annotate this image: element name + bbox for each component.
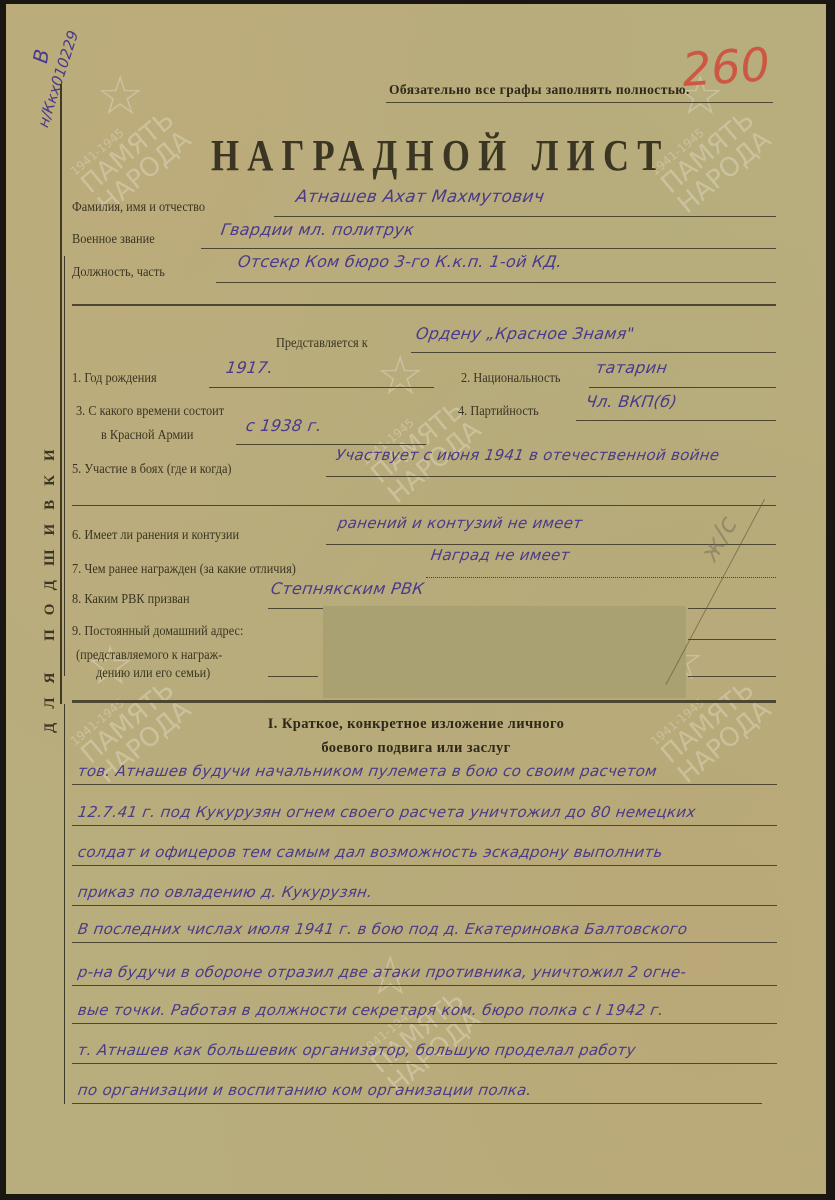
section-divider: [72, 304, 776, 306]
nationality-label: 2. Национальность: [461, 371, 561, 387]
redacted-address-block: [323, 606, 686, 698]
side-label: ДЛЯ ПОДШИВКИ: [42, 304, 64, 864]
watermark: 1941-1945ПАМЯТЬНАРОДА: [358, 976, 486, 1098]
nationality-value: татарин: [595, 358, 669, 377]
page-title: НАГРАДНОЙ ЛИСТ: [211, 130, 669, 181]
battles-underline: [326, 476, 776, 477]
party-label: 4. Партийность: [458, 404, 539, 420]
battles-label: 5. Участие в боях (где и когда): [72, 462, 232, 478]
address-underline-2: [268, 676, 318, 677]
rank-underline: [201, 248, 776, 249]
narrative-line: р-на будучи в обороне отразил две атаки …: [77, 963, 688, 981]
nationality-underline: [589, 387, 776, 388]
party-value: Чл. ВКП(б): [585, 392, 679, 411]
address-underline: [688, 639, 776, 640]
rank-value: Гвардии мл. политрук: [220, 220, 416, 239]
wounds-label: 6. Имеет ли ранения и контузии: [72, 528, 239, 544]
army-since-underline: [236, 444, 426, 445]
birth-year-label: 1. Год рождения: [72, 371, 157, 387]
narrative-underline: [72, 1063, 777, 1064]
narrative-underline: [72, 942, 777, 943]
narrative-line: по организации и воспитанию ком организа…: [77, 1081, 533, 1099]
narrative-line: вые точки. Работая в должности секретаря…: [77, 1001, 665, 1019]
position-value: Отсекр Ком бюро 3-го К.к.п. 1-ой КД.: [237, 252, 564, 271]
rank-label: Военное звание: [72, 232, 155, 248]
page-number-stamp: 260: [680, 37, 771, 97]
award-sheet: ☆ 1941-1945ПАМЯТЬНАРОДА ☆ 1941-1945ПАМЯТ…: [6, 4, 826, 1194]
full-name-value: Атнашев Ахат Махмутович: [295, 187, 546, 207]
section-divider-double: [72, 700, 776, 703]
narrative-underline: [72, 784, 777, 785]
wounds-value: ранений и контузий не имеет: [337, 514, 584, 532]
address-label: 9. Постоянный домашний адрес:: [72, 624, 243, 640]
prior-awards-value: Наград не имеет: [430, 546, 571, 564]
narrative-line: солдат и офицеров тем самым дал возможно…: [77, 843, 664, 861]
binding-margin-line: [64, 256, 65, 676]
full-name-underline: [274, 216, 776, 217]
position-underline: [216, 282, 776, 283]
battles-underline-2: [72, 505, 776, 506]
rvk-underline-right: [688, 608, 776, 609]
section-heading: I. Краткое, конкретное изложение личного: [186, 716, 646, 733]
award-value: Ордену „Красное Знамя": [415, 324, 636, 343]
narrative-underline: [72, 1023, 777, 1024]
address-label-line2: (представляемого к награж-: [76, 648, 222, 664]
fill-notice: Обязательно все графы заполнять полность…: [389, 82, 690, 98]
archive-letter: В: [28, 47, 54, 65]
narrative-underline: [72, 865, 777, 866]
address-label-line3: дению или его семьи): [96, 666, 210, 682]
narrative-line: В последних числах июля 1941 г. в бою по…: [77, 920, 689, 938]
pencil-annotation: ж/с: [695, 511, 744, 566]
rvk-label: 8. Каким РВК призван: [72, 592, 190, 608]
archive-number: н/Ккх010229: [34, 28, 82, 129]
army-since-label: 3. С какого времени состоит: [76, 404, 224, 420]
prior-awards-label: 7. Чем ранее награжден (за какие отличия…: [72, 562, 296, 578]
watermark-star-icon: ☆: [376, 344, 424, 407]
notice-underline: [386, 102, 773, 103]
award-label: Представляется к: [276, 336, 368, 352]
address-underline-3: [688, 676, 776, 677]
narrative-line: приказ по овладению д. Кукурузян.: [77, 883, 374, 901]
award-underline: [411, 352, 776, 353]
narrative-line: тов. Атнашев будучи начальником пулемета…: [77, 762, 658, 780]
binding-margin-line: [64, 704, 65, 1104]
narrative-underline: [72, 905, 777, 906]
birth-year-value: 1917.: [225, 358, 275, 377]
birth-year-underline: [209, 387, 434, 388]
narrative-underline: [72, 825, 777, 826]
party-underline: [576, 420, 776, 421]
battles-value: Участвует с июня 1941 в отечественной во…: [335, 446, 721, 464]
position-label: Должность, часть: [72, 265, 165, 281]
army-since-label-line2: в Красной Армии: [101, 428, 193, 444]
narrative-line: 12.7.41 г. под Кукурузян огнем своего ра…: [77, 803, 697, 821]
rvk-value: Степнякским РВК: [270, 579, 426, 598]
narrative-underline: [72, 985, 777, 986]
watermark-star-icon: ☆: [96, 64, 144, 127]
section-heading-line2: боевого подвига или заслуг: [186, 740, 646, 757]
full-name-label: Фамилия, имя и отчество: [72, 200, 205, 216]
narrative-line: т. Атнашев как большевик организатор, бо…: [77, 1041, 637, 1059]
army-since-value: с 1938 г.: [245, 416, 324, 435]
narrative-underline: [72, 1103, 762, 1104]
